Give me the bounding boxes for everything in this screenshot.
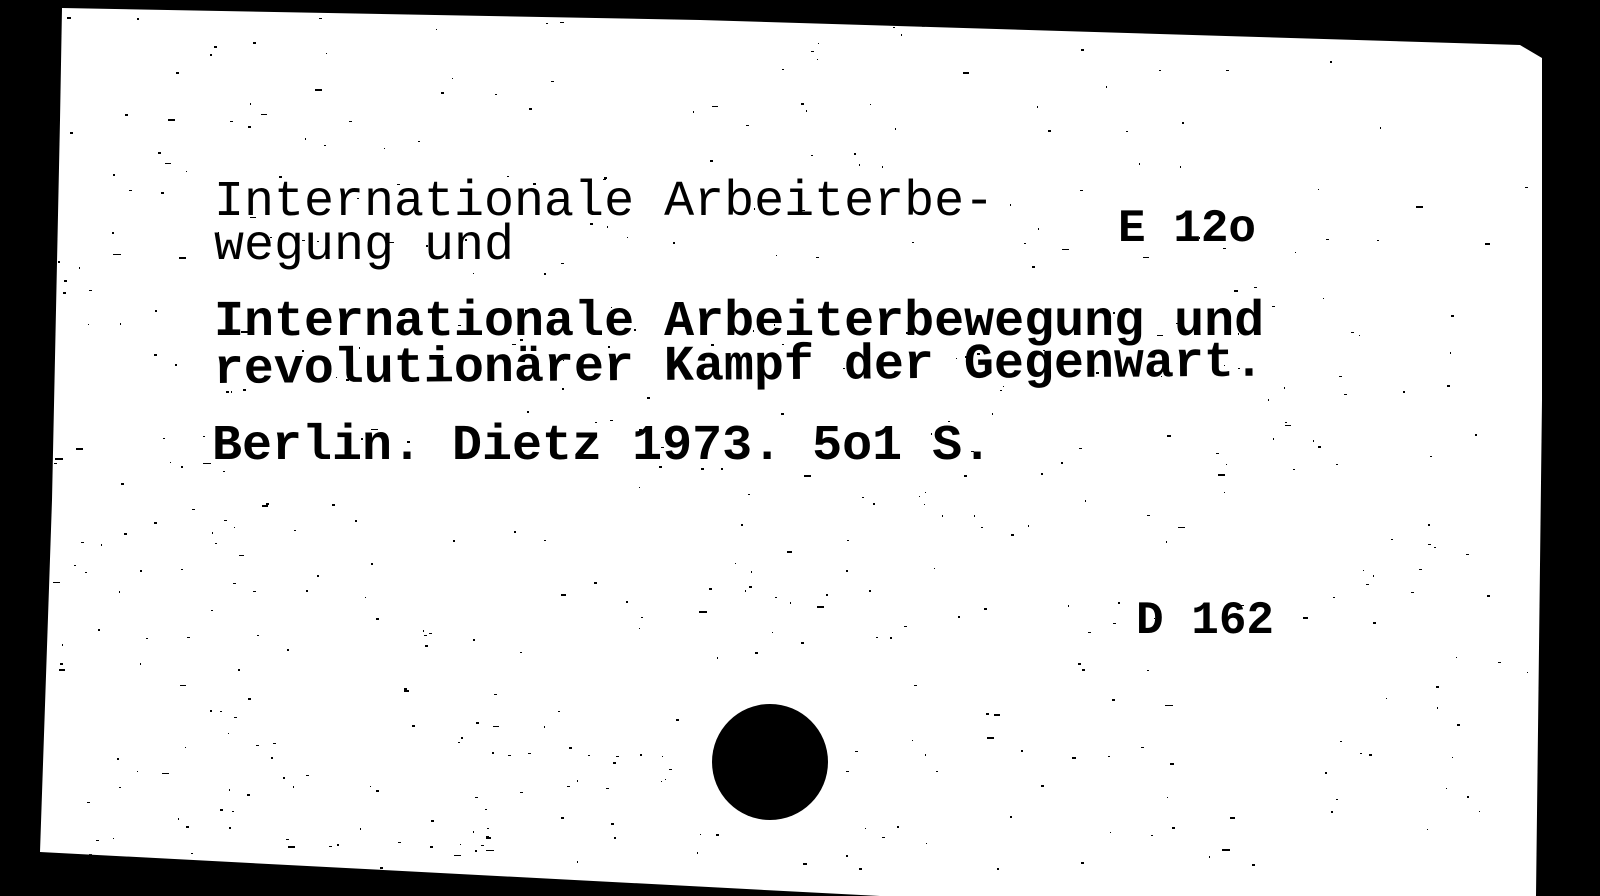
scan-background: Internationale Arbeiterbe- wegung und E …: [0, 0, 1600, 896]
heading-line-2: wegung und: [214, 222, 514, 272]
call-number-top: E 12o: [1118, 206, 1256, 252]
call-number-bottom: D 162: [1136, 598, 1274, 644]
catalog-card: Internationale Arbeiterbe- wegung und E …: [0, 0, 1600, 896]
imprint-line: Berlin. Dietz 1973. 5o1 S.: [212, 422, 992, 472]
title-line-2: revolutionärer Kampf der Gegenwart.: [214, 339, 1264, 396]
punch-hole: [712, 704, 828, 820]
